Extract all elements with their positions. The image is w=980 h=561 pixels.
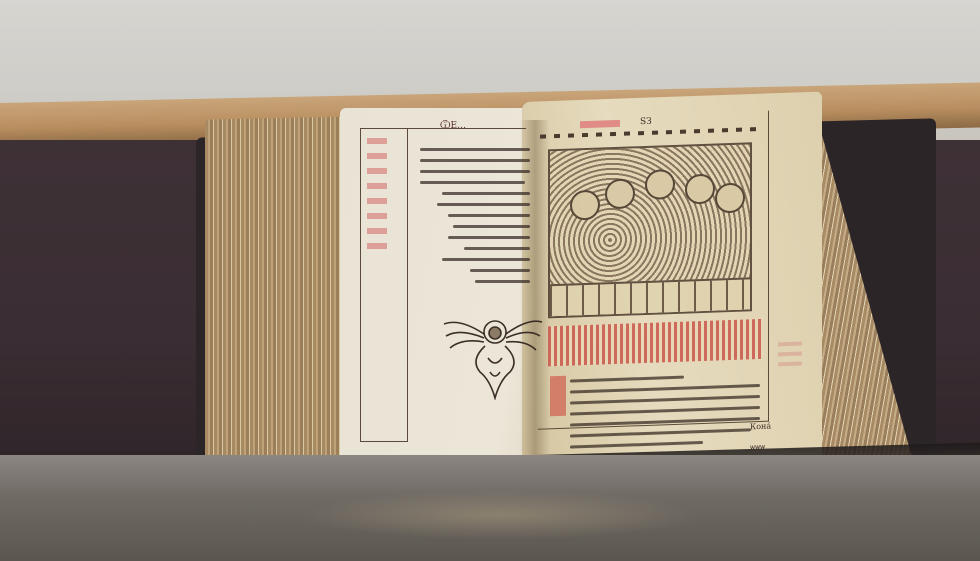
rubric-note [367, 198, 387, 204]
rubric-note [367, 138, 387, 144]
saint-halo [645, 169, 675, 200]
tiled-floor [550, 277, 750, 316]
text-line [570, 441, 703, 449]
saint-halo [570, 190, 600, 221]
margin-note [778, 342, 802, 347]
text-line [570, 395, 760, 405]
rubric-note [367, 243, 387, 249]
photo-scene: ѾЕ… [0, 0, 980, 561]
text-line [570, 384, 760, 394]
red-initial-letter [550, 376, 566, 417]
red-vyaz-title [548, 319, 763, 367]
right-page-content: ЅЗ Кона́ ѡѡѡ [530, 95, 830, 475]
rubric-margin-column [360, 128, 408, 442]
folio-number: ЅЗ [640, 117, 652, 127]
rubric-note [367, 228, 387, 234]
text-line [570, 428, 751, 437]
rubric-note [367, 168, 387, 174]
header-rule [540, 127, 760, 139]
text-line [570, 417, 760, 427]
woodcut-illustration [548, 142, 752, 318]
saint-halo [715, 182, 745, 213]
text-line [470, 269, 531, 272]
text-line [442, 258, 530, 261]
right-page-text [570, 365, 760, 457]
catchword: Кона́ [750, 422, 771, 432]
text-line [420, 159, 530, 162]
text-line [420, 181, 525, 184]
margin-notes [778, 336, 802, 373]
saint-halo [605, 178, 635, 209]
text-line [420, 170, 530, 173]
rubric-note [367, 153, 387, 159]
text-line [448, 214, 531, 217]
saint-halo [685, 174, 715, 205]
text-line [453, 225, 530, 228]
rubric-note [367, 213, 387, 219]
text-line [464, 247, 530, 250]
text-line [420, 148, 530, 151]
rubric-note [367, 183, 387, 189]
text-line [437, 203, 531, 206]
text-line [475, 280, 530, 283]
text-line [570, 376, 684, 383]
text-line [448, 236, 531, 239]
left-page-text [420, 140, 530, 291]
margin-note [778, 362, 802, 367]
red-rubric-header [580, 120, 620, 128]
book-reflection [300, 490, 700, 540]
text-line [442, 192, 530, 195]
text-line [570, 406, 760, 416]
margin-note [778, 352, 802, 357]
